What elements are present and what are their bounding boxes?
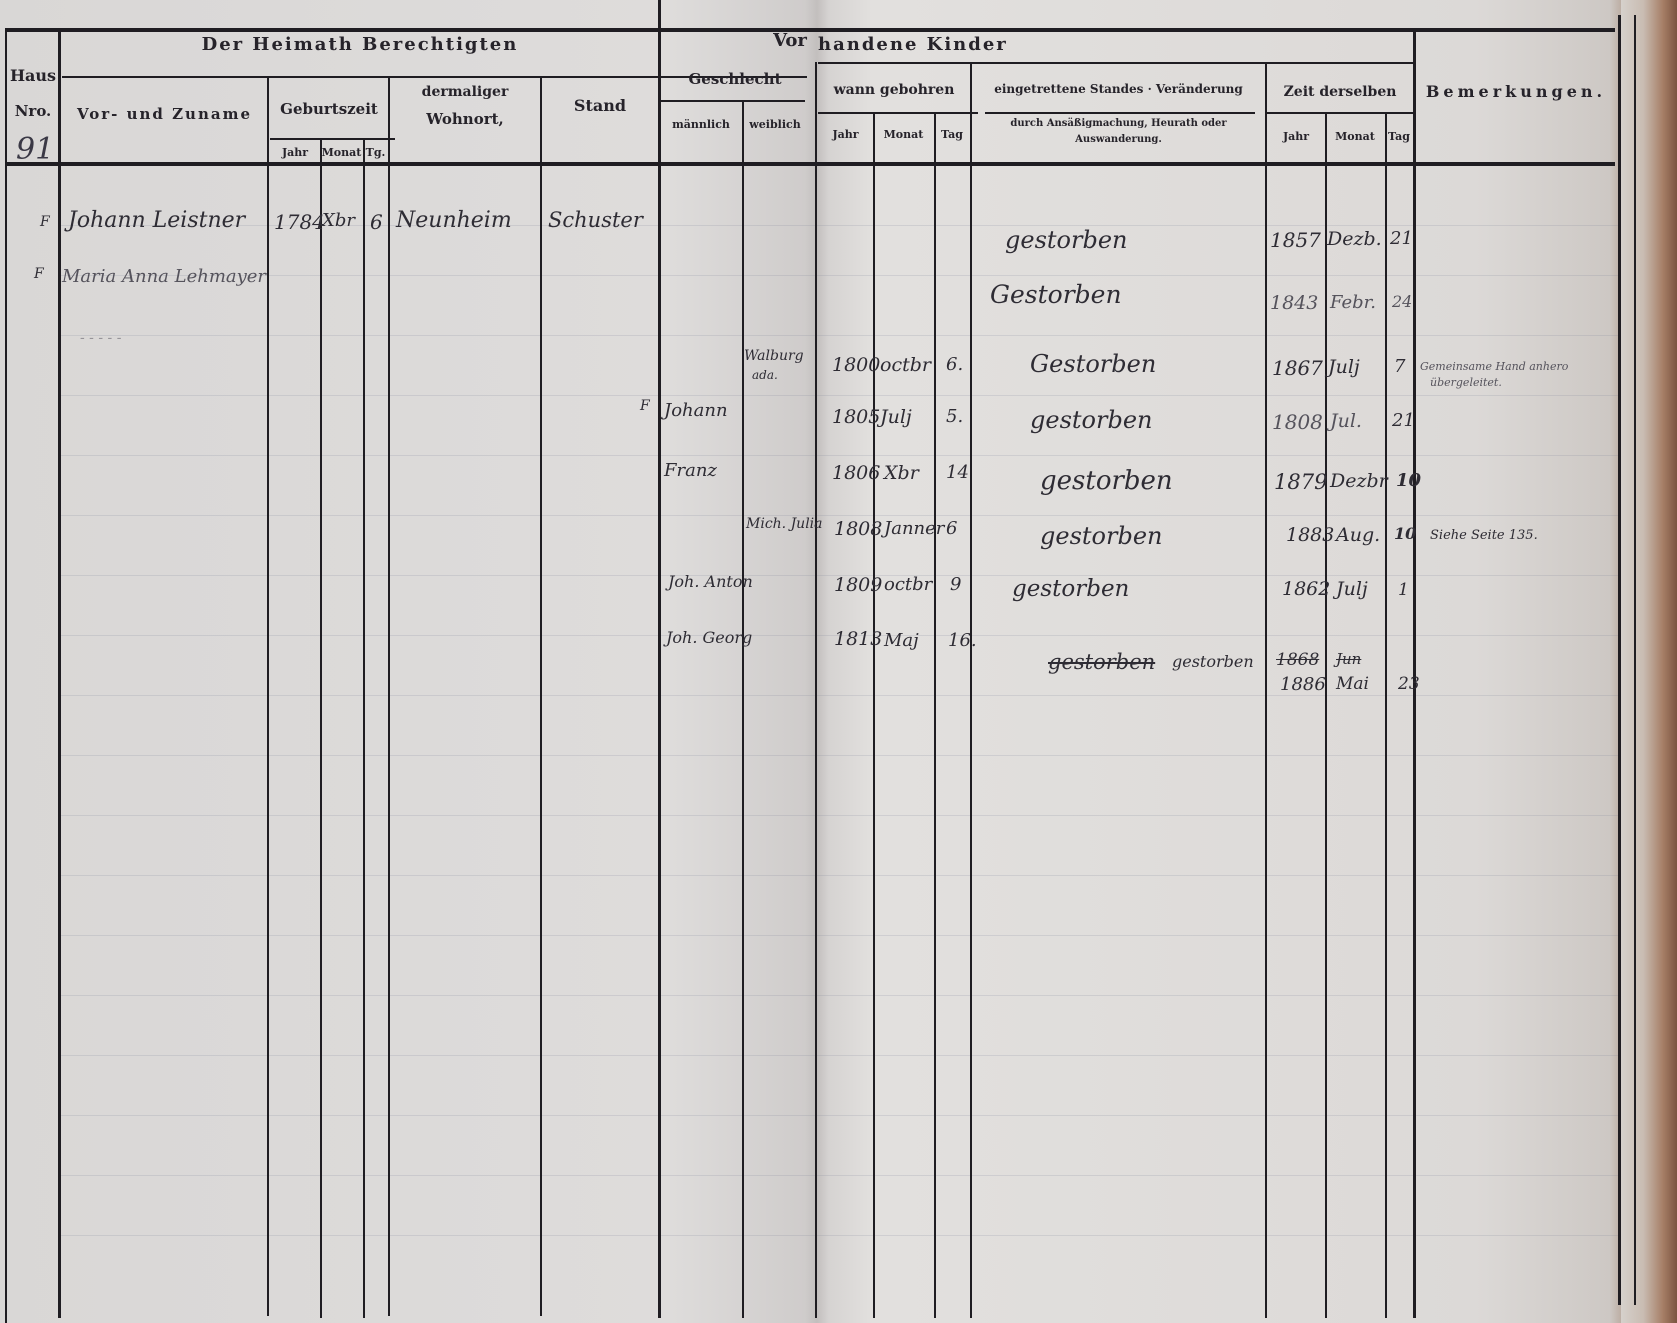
parent-name: Johann Leistner <box>68 208 245 233</box>
child-born-month: octbr <box>884 574 932 595</box>
child-remark: Gemeinsame Hand anhero <box>1420 360 1568 373</box>
col-header-time: Zeit derselben <box>1267 84 1413 100</box>
parent-birth-year: 1784 <box>274 210 325 234</box>
child-change-struck: gestorben <box>1048 650 1155 674</box>
child-male: Joh. Anton <box>668 572 753 591</box>
col-header-time-year: Jahr <box>1267 130 1325 143</box>
col-header-change: eingetrettene Standes · Veränderung <box>972 82 1265 96</box>
child-born-year: 1813 <box>834 628 882 650</box>
child-time-month: Jul. <box>1330 410 1362 432</box>
child-male: Franz <box>664 460 717 481</box>
child-born-year: 1809 <box>834 574 882 596</box>
child-time-day: 7 <box>1394 356 1405 377</box>
child-time-month: Julj <box>1336 578 1368 600</box>
parent-mark: F <box>34 266 44 282</box>
col-header-born-day: Tag <box>934 128 970 141</box>
col-header-residence-2: Wohnort, <box>390 110 540 128</box>
parent-residence: Neunheim <box>396 208 512 233</box>
col-header-time-month: Monat <box>1325 130 1385 143</box>
child-time-day: 10 <box>1396 470 1421 491</box>
parent-time-day: 21 <box>1390 228 1413 249</box>
child-born-month: Xbr <box>884 462 919 484</box>
child-born-month: Julj <box>880 406 912 428</box>
col-header-status: Stand <box>542 96 658 115</box>
house-nro-label: Nro. <box>8 102 58 120</box>
child-born-month: Maj <box>884 630 919 651</box>
col-header-birth-month: Monat <box>320 146 363 159</box>
col-header-female: weiblich <box>744 118 806 131</box>
child-change: gestorben <box>1030 406 1152 434</box>
left-group-title: Der Heimath Berechtigten <box>62 34 658 55</box>
faint-note: - - - - - <box>80 330 121 346</box>
col-header-born-month: Monat <box>873 128 934 141</box>
child-change: gestorben <box>1012 576 1129 602</box>
child-male: Johann <box>664 400 728 421</box>
child-male: Joh. Georg <box>666 628 752 647</box>
child-time-year: 1808 <box>1272 410 1323 434</box>
child-born-year: 1806 <box>832 462 880 484</box>
parent-time-year: 1857 <box>1270 228 1321 252</box>
parent-mark: F <box>40 214 50 230</box>
child-time-year: 1862 <box>1282 578 1330 600</box>
child-born-day: 16. <box>948 630 977 651</box>
child-time-day: 23 <box>1398 674 1420 694</box>
child-time-year: 1879 <box>1274 470 1327 494</box>
child-born-month: Janner <box>884 518 944 539</box>
child-born-month: octbr <box>880 354 931 376</box>
col-header-birth-year: Jahr <box>270 146 320 159</box>
child-time-month: Dezbr <box>1330 470 1388 492</box>
child-time-year: 1886 <box>1280 674 1326 695</box>
col-header-birth-day: Tg. <box>363 146 388 159</box>
col-header-residence-1: dermaliger <box>390 84 540 100</box>
child-born-day: 14 <box>946 462 969 483</box>
parent-time-month: Febr. <box>1330 292 1376 313</box>
child-change: gestorben <box>1172 652 1254 671</box>
child-change: gestorben <box>1040 522 1162 550</box>
child-time-day: 21 <box>1392 410 1415 431</box>
child-born-year: 1808 <box>834 518 882 540</box>
child-change: Gestorben <box>1030 350 1156 378</box>
page-edge <box>1621 0 1677 1323</box>
child-time-year-struck: 1868 <box>1276 650 1319 670</box>
child-change: gestorben <box>1040 466 1173 496</box>
col-header-remarks: Bemerkungen. <box>1416 82 1616 101</box>
house-number: 91 <box>16 132 54 167</box>
parent-name: Maria Anna Lehmayer <box>62 266 266 287</box>
child-time-month-struck: Jun <box>1336 650 1361 668</box>
child-female: Mich. Julia <box>746 516 823 532</box>
col-header-name: Vor- und Zuname <box>62 105 267 123</box>
col-header-change-sub-2: Auswanderung. <box>972 134 1265 145</box>
child-time-day: 10 <box>1394 524 1416 543</box>
col-header-sex: Geschlecht <box>660 70 810 88</box>
col-header-male: männlich <box>660 118 742 131</box>
right-group-title-part2: handene Kinder <box>818 34 1018 55</box>
col-header-change-sub-1: durch Ansäßigmachung, Heurath oder <box>972 118 1265 129</box>
child-born-year: 1805 <box>832 406 880 428</box>
book-gutter <box>805 0 829 1323</box>
child-born-year: 1800 <box>832 354 880 376</box>
child-female: Walburg <box>744 348 804 364</box>
child-time-month: Aug. <box>1336 524 1380 546</box>
child-female-line2: ada. <box>752 368 778 382</box>
child-time-month: Mai <box>1336 674 1369 694</box>
child-time-day: 1 <box>1398 580 1409 600</box>
child-time-year: 1867 <box>1272 356 1323 380</box>
house-label: Haus <box>8 66 58 85</box>
register-spread: Haus Nro. 91 Der Heimath Berechtigten Vo… <box>0 0 1677 1323</box>
child-born-day: 5. <box>946 406 963 427</box>
col-header-time-day: Tag <box>1385 130 1413 143</box>
child-remark: Siehe Seite 135. <box>1430 528 1538 543</box>
parent-change: gestorben <box>1005 226 1127 254</box>
parent-change: Gestorben <box>990 280 1122 309</box>
right-group-title-part1: Vor <box>760 30 820 51</box>
child-born-day: 6. <box>946 354 963 375</box>
child-time-year: 1883 <box>1286 524 1334 546</box>
child-born-day: 9 <box>950 574 961 595</box>
child-remark-line2: übergeleitet. <box>1430 376 1502 389</box>
col-header-born-when: wann gebohren <box>818 82 970 98</box>
parent-birth-day: 6 <box>370 210 383 234</box>
col-header-birth: Geburtszeit <box>270 100 388 118</box>
child-born-day: 6 <box>946 518 957 539</box>
parent-birth-month: Xbr <box>322 210 355 231</box>
child-time-month: Julj <box>1328 356 1360 378</box>
parent-time-month: Dezb. <box>1327 228 1382 250</box>
col-header-born-year: Jahr <box>818 128 873 141</box>
child-mark: F <box>640 398 650 414</box>
parent-time-year: 1843 <box>1270 292 1318 314</box>
parent-status: Schuster <box>548 208 643 232</box>
parent-time-day: 24 <box>1392 292 1412 311</box>
